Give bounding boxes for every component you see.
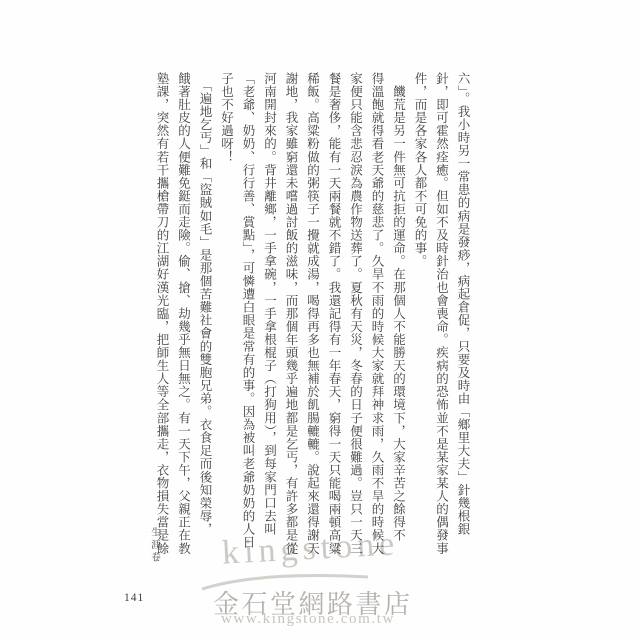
page-number: 141 — [124, 592, 144, 604]
text-column: 餐是奢侈，能有一天兩餐就不錯了。我還記得有一年春天，窮得一天只能喝兩頓高粱 — [322, 72, 344, 558]
volume-label: 生涯卷 — [147, 527, 161, 565]
text-column: 稀飯。高粱粉做的粥筷子一攪就成湯，喝得再多也無補於飢腸轆轆。說起來還得謝天 — [300, 72, 322, 558]
text-column: 餓著肚皮的人便難免鋌而走險。偷、搶、劫幾乎無日無之。有一天下午，父親正在教 — [171, 72, 193, 558]
text-columns: 六」。我小時另一常患的病是發痧，病起倉促，只要及時由「鄉里大夫」針幾根銀針，即可… — [150, 72, 473, 560]
text-column: 謝地，我家雖窮還未嚐過討飯的滋味，而那個年頭幾乎遍地都是乞丐，有許多都是從 — [279, 72, 301, 558]
store-url-watermark: www.kingstone.com.tw — [221, 611, 395, 628]
text-column: 河南開封來的。背井離鄉，一手拿碗，一手拿根棍子（打狗用），到每家門口去叫 — [257, 72, 279, 558]
text-column: 「老爺、奶奶、行行善、賞點」，可憐遭白眼是常有的事。因為被叫老爺奶奶的人日 — [236, 72, 258, 558]
text-column: 件，而是各家各人都不可免的事。 — [408, 72, 430, 558]
text-column: 針，即可霍然痊癒。但如不及時針治也會喪命。疾病的恐怖並不是某家某人的偶發事 — [429, 72, 451, 558]
text-column: 塾課，突然有若干攜槍帶刀的江湖好漢光臨，把師生人等全部攜走，衣物損失當是餘 — [150, 72, 172, 558]
text-column: 「遍地乞丐」和「盜賊如毛」是那個苦難社會的雙胞兄弟。衣食足而後知榮辱， — [193, 72, 215, 558]
text-column: 六」。我小時另一常患的病是發痧，病起倉促，只要及時由「鄉里大夫」針幾根銀 — [451, 72, 473, 558]
text-column: 得溫飽就得看老天爺的慈悲了。久旱不雨的時候大家就拜神求雨，久雨不旱的時候大 — [365, 72, 387, 558]
book-page: 六」。我小時另一常患的病是發痧，病起倉促，只要及時由「鄉里大夫」針幾根銀針，即可… — [0, 0, 640, 640]
text-column: 饑荒是另一件無可抗拒的運命。在那個人不能勝天的環境下，大家辛苦之餘得不 — [386, 72, 408, 558]
text-column: 家便只能含悲忍淚為農作物送葬了。夏秋有天災，冬春的日子便很難過。豈只一天三 — [343, 72, 365, 558]
text-column: 子也不好過呀！ — [214, 72, 236, 558]
